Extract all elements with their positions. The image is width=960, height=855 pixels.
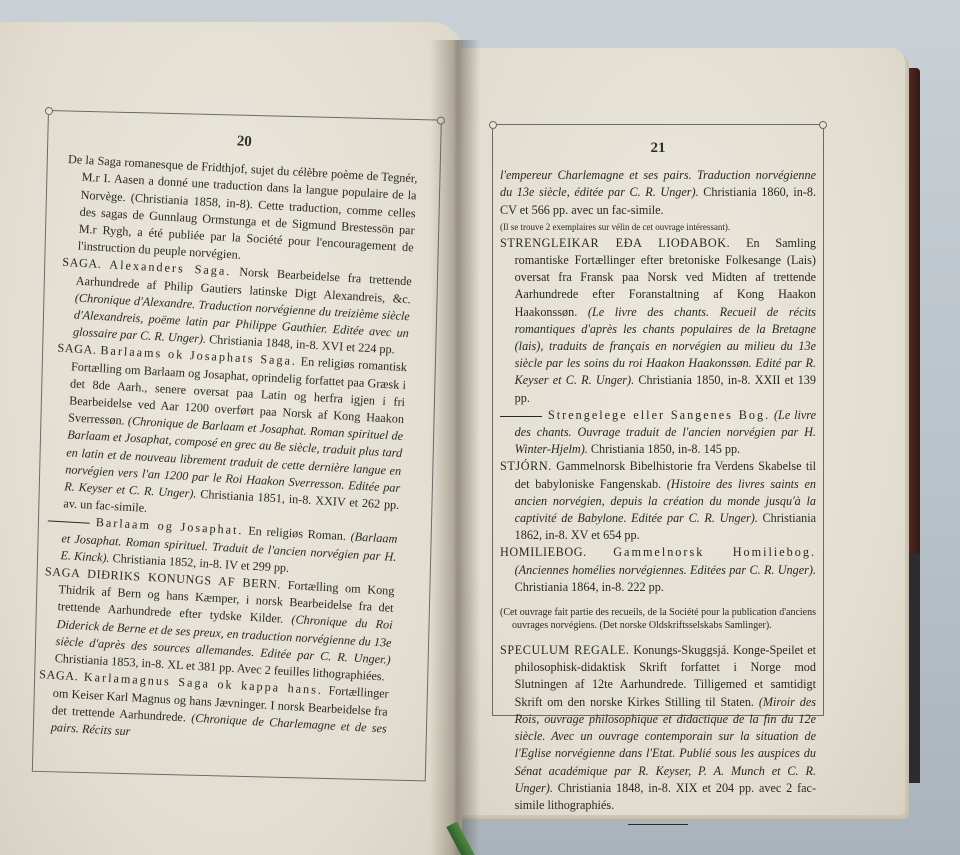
publication-info: Christiania 1848, in-8. XIX et 204 pp. a… (515, 781, 816, 812)
bibliography-entry: STJÓRN. Gammelnorsk Bibelhistorie fra Ve… (500, 458, 816, 544)
french-description: (Anciennes homélies norvégiennes. Editée… (515, 563, 816, 577)
entry-head: SPECULUM REGALE. (500, 643, 630, 657)
entry-text: En religiøs romantisk Fortælling om Barl… (68, 355, 407, 428)
bibliography-entry: SPECULUM REGALE. Konungs-Skuggsjá. Konge… (500, 642, 816, 814)
bibliography-entry: SAGA. Barlaams ok Josaphats Saga. En rel… (48, 340, 407, 531)
entry-head: HOMILIEBOG. (500, 545, 587, 559)
entry-head: STJÓRN. (500, 459, 552, 473)
entry-head: SAGA. (57, 341, 97, 357)
end-rule (628, 824, 688, 825)
intro-paragraph: De la Saga romanesque de Fridthjof, suje… (63, 151, 418, 274)
page-number: 21 (500, 140, 816, 157)
footnote: (Il se trouve 2 exemplaires sur vélin de… (500, 221, 816, 233)
ditto-dash (48, 521, 90, 524)
bibliography-entry: HOMILIEBOG. Gammelnorsk Homiliebog. (Anc… (500, 544, 816, 596)
right-page-content: 21 l'empereur Charlemagne et ses pairs. … (500, 140, 816, 825)
entry-title: Gammelnorsk Homiliebog. (613, 545, 816, 559)
french-description: (Miroir des Rois, ouvrage philosophique … (515, 695, 816, 795)
left-page-content: 20 De la Saga romanesque de Fridthjof, s… (36, 124, 420, 755)
footnote: (Cet ouvrage fait partie des recueils, d… (500, 606, 816, 632)
bibliography-entry: STRENGLEIKAR EÐA LIOÐABOK. En Samling ro… (500, 235, 816, 407)
ditto-dash (500, 416, 542, 417)
bibliography-entry: Strengelege eller Sangenes Bog. (Le livr… (500, 407, 816, 459)
entry-head: STRENGLEIKAR EÐA LIOÐABOK. (500, 236, 730, 250)
continuation-entry: l'empereur Charlemagne et ses pairs. Tra… (500, 167, 816, 219)
publication-info: Christiania 1850, in-8. 145 pp. (591, 442, 740, 456)
entry-head: SAGA. (39, 667, 79, 683)
entry-text: En religiøs Roman. (248, 524, 346, 543)
publication-info: Christiania 1864, in-8. 222 pp. (515, 580, 664, 594)
left-page: 20 De la Saga romanesque de Fridthjof, s… (0, 22, 462, 855)
entry-head: SAGA. (62, 255, 102, 271)
right-page: 21 l'empereur Charlemagne et ses pairs. … (440, 48, 905, 815)
bibliography-entry: SAGA DIÐRIKS KONUNGS AF BERN. Fortælling… (40, 563, 395, 686)
entry-title: Strengelege eller Sangenes Bog. (548, 408, 770, 422)
